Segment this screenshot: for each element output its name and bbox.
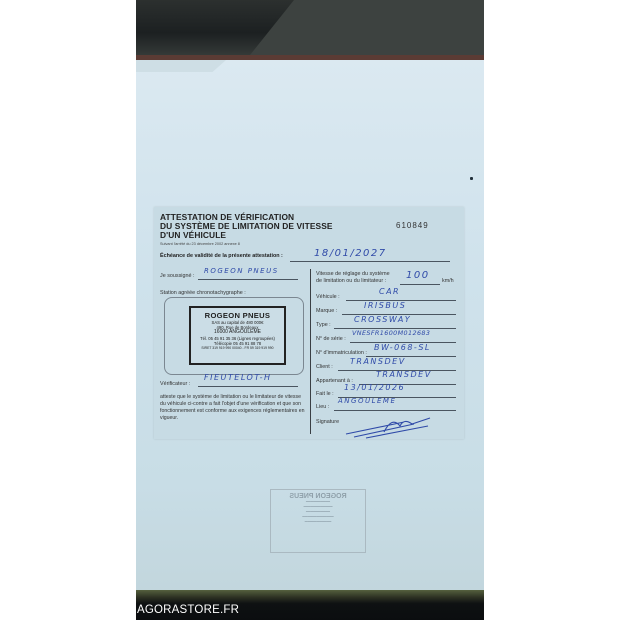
brand-label: Marque : [316,308,337,314]
speed-label-1: Vitesse de réglage du système [316,271,390,277]
speed-line [400,284,440,285]
registration-value: BW-068-SL [374,343,431,352]
client-label: Client : [316,364,333,370]
speed-label-2: de limitation ou du limitateur : [316,278,386,284]
serial-value: VNESFR1600M012683 [352,329,430,337]
stamp-name: ROGEON PNEUS [191,311,284,320]
right-margin [484,0,620,620]
client-value: TRANSDEV [350,357,406,366]
undersigned-line [198,279,298,280]
undersigned-value: ROGEON PNEUS [204,267,279,275]
speck [470,177,473,180]
type-value: CROSSWAY [354,315,411,324]
watermark: AGORASTORE.FR [137,604,239,616]
validity-line [290,261,450,262]
document-number: 610849 [396,221,429,230]
ghost-stamp: ROGEON PNEUS ━━━━━━━━━━ ━━━━━━━━━━━━ ━━━… [270,489,366,553]
done-on-value: 13/01/2026 [344,383,405,392]
registration-label: N° d'immatriculation : [316,350,367,356]
done-on-label: Fait le : [316,391,334,397]
serial-label: N° de série : [316,336,346,342]
attestation-card: ATTESTATION DE VÉRIFICATION DU SYSTÈME D… [154,207,464,439]
type-label: Type : [316,322,331,328]
signature-scrawl [344,412,434,440]
owner-value: TRANSDEV [376,370,432,379]
column-divider [310,269,311,434]
verifier-value: FIEUTELOT-H [204,373,271,382]
signature-label: Signature [316,419,339,425]
paper-fold [136,60,226,72]
stamp-siret: SIRET 319 919 990 00040 - FR 59 319 919 … [191,346,284,351]
place-value: ANGOULEME [338,397,396,405]
attestation-text: atteste que le système de limitation ou … [160,394,305,422]
verifier-line [198,386,298,387]
undersigned-label: Je soussigné : [160,273,194,279]
stamp-phone: Tél. 05 45 91 35 36 (Lignes regroupées) [191,336,284,341]
document-subtitle: Suivant l'arrêté du 23 décembre 2002 ann… [160,242,240,246]
speed-value: 100 [406,270,430,281]
place-label: Lieu : [316,404,329,410]
place-line [334,410,456,411]
brand-value: IRISBUS [364,301,406,310]
validity-label: Échéance de validité de la présente atte… [160,253,283,259]
document-title: ATTESTATION DE VÉRIFICATION DU SYSTÈME D… [160,213,333,240]
company-stamp: ROGEON PNEUS SAS au capital de 480 000€ … [189,306,286,365]
verifier-label: Vérificateur : [160,381,190,387]
vehicle-label: Véhicule : [316,294,340,300]
speed-unit: km/h [442,278,454,284]
station-label: Station agréée chronotachygraphe : [160,290,246,296]
vehicle-value: CAR [379,287,400,296]
validity-value: 18/01/2027 [314,248,387,259]
title-line-3: D'UN VÉHICULE [160,231,333,240]
